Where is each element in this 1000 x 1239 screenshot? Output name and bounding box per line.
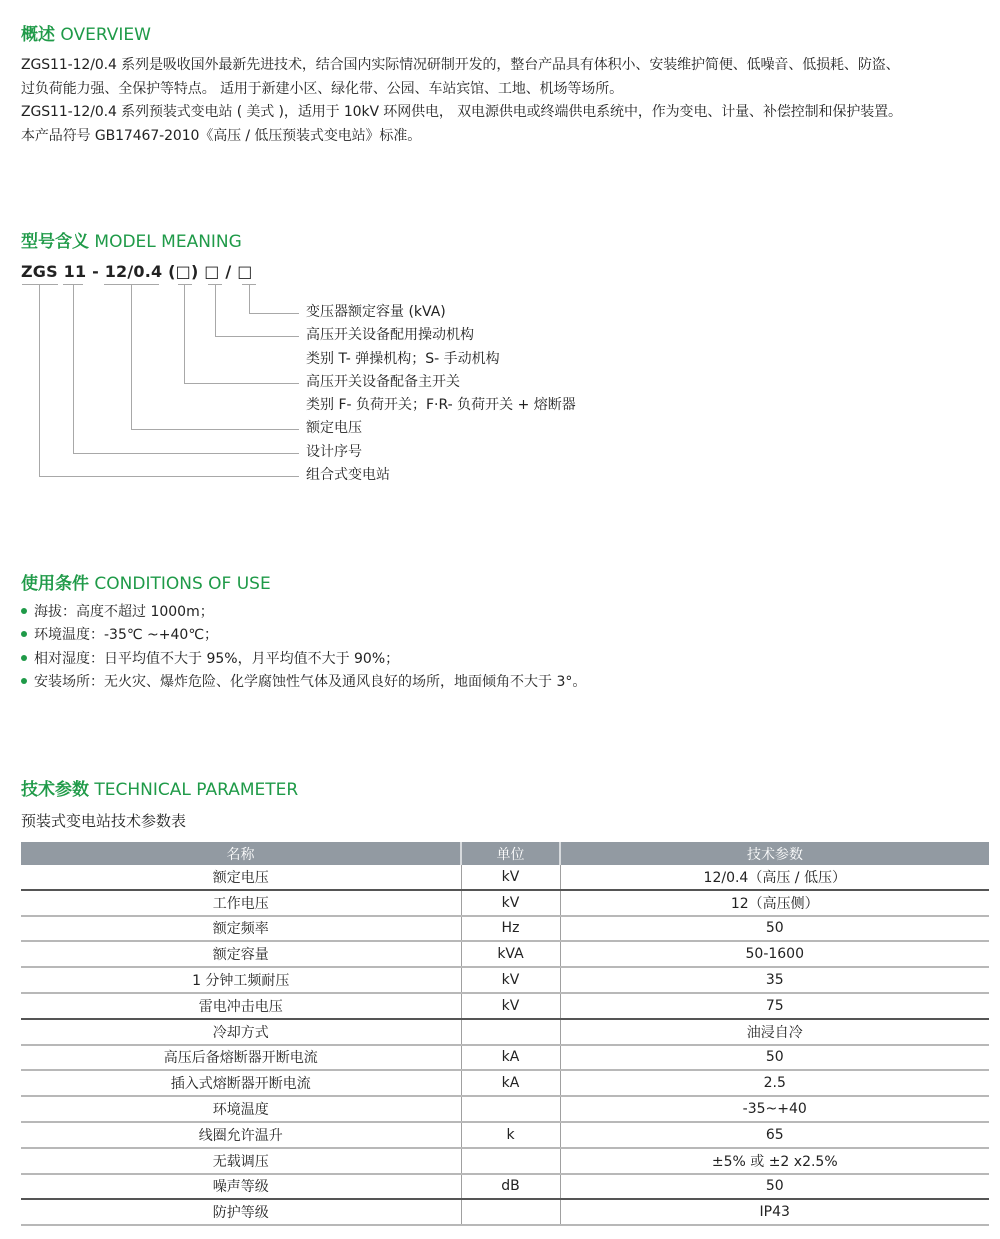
conditions-title-en: CONDITIONS OF USE <box>94 574 270 594</box>
conditions-title-zh: 使用条件 <box>21 574 89 594</box>
cell-unit: Hz <box>461 916 560 942</box>
legend-item: 高压开关设备配用操动机构 <box>306 324 576 347</box>
legend-item: 变压器额定容量 (kVA) <box>306 301 576 324</box>
table-row: 冷却方式油浸自冷 <box>21 1019 989 1045</box>
table-row: 插入式熔断器开断电流kA2.5 <box>21 1070 989 1096</box>
legend-item: 高压开关设备配备主开关 <box>306 371 576 394</box>
condition-item: 安装场所：无火灾、爆炸危险、化学腐蚀性气体及通风良好的场所，地面倾角不大于 3°… <box>21 671 586 694</box>
cell-value: 12/0.4（高压 / 低压） <box>560 865 989 890</box>
cell-unit: kV <box>461 865 560 890</box>
bullet-icon <box>21 678 27 684</box>
legend-item: 设计序号 <box>306 441 576 464</box>
cell-value: 50 <box>560 916 989 942</box>
cell-value: 50 <box>560 1174 989 1200</box>
cell-name: 插入式熔断器开断电流 <box>21 1070 461 1096</box>
connector-capacity-v <box>249 285 250 313</box>
table-row: 额定电压kV12/0.4（高压 / 低压） <box>21 865 989 890</box>
connector-type-v <box>39 285 40 476</box>
table-caption: 预装式变电站技术参数表 <box>21 810 186 831</box>
cell-name: 高压后备熔断器开断电流 <box>21 1045 461 1071</box>
header-name: 名称 <box>21 842 461 865</box>
model-legend: 变压器额定容量 (kVA) 高压开关设备配用操动机构 类别 T- 弹操机构；S-… <box>306 301 576 487</box>
connector-capacity-h <box>249 313 299 314</box>
cell-name: 雷电冲击电压 <box>21 993 461 1019</box>
connector-switch-v <box>184 285 185 383</box>
code-open-paren: ( <box>168 262 176 281</box>
underline-box-switch <box>178 284 192 285</box>
cell-name: 额定频率 <box>21 916 461 942</box>
connector-type-h <box>39 476 299 477</box>
technical-title-zh: 技术参数 <box>21 780 89 800</box>
cell-unit <box>461 1148 560 1174</box>
cell-value: 50-1600 <box>560 941 989 967</box>
bullet-icon <box>21 655 27 661</box>
overview-paragraph: ZGS11-12/0.4 系列是吸收国外最新先进技术，结合国内实际情况研制开发的… <box>21 54 996 78</box>
condition-text: 相对湿度：日平均值不大于 95%，月平均值不大于 90%； <box>34 651 399 667</box>
table-row: 额定容量kVA50-1600 <box>21 941 989 967</box>
overview-paragraph: ZGS11-12/0.4 系列预装式变电站 ( 美式 )，适用于 10kV 环网… <box>21 101 996 125</box>
cell-value: IP43 <box>560 1199 989 1225</box>
cell-unit <box>461 1019 560 1045</box>
underline-zgs <box>22 284 58 285</box>
cell-name: 无载调压 <box>21 1148 461 1174</box>
legend-item: 类别 F- 负荷开关；F·R- 负荷开关 + 熔断器 <box>306 394 576 417</box>
cell-unit: k <box>461 1122 560 1148</box>
cell-unit: kV <box>461 993 560 1019</box>
table-row: 额定频率Hz50 <box>21 916 989 942</box>
cell-name: 环境温度 <box>21 1096 461 1122</box>
legend-item: 组合式变电站 <box>306 464 576 487</box>
bullet-icon <box>21 631 27 637</box>
table-row: 环境温度-35~+40 <box>21 1096 989 1122</box>
overview-title: 概述 OVERVIEW <box>21 20 151 45</box>
cell-value: 油浸自冷 <box>560 1019 989 1045</box>
condition-text: 环境温度：-35℃ ~+40℃； <box>34 627 218 643</box>
cell-value: 50 <box>560 1045 989 1071</box>
cell-name: 噪声等级 <box>21 1174 461 1200</box>
cell-unit <box>461 1199 560 1225</box>
code-box-mechanism: □ <box>204 262 219 281</box>
connector-voltage-v <box>131 285 132 429</box>
model-meaning-title-en: MODEL MEANING <box>94 232 241 252</box>
connector-mechanism-h <box>215 336 299 337</box>
technical-title: 技术参数 TECHNICAL PARAMETER <box>21 775 298 800</box>
code-dash: - <box>92 262 99 281</box>
overview-paragraph: 本产品符号 GB17467-2010《高压 / 低压预装式变电站》标准。 <box>21 125 996 149</box>
cell-unit: kV <box>461 890 560 916</box>
model-code: ZGS 11 - 12/0.4 (□) □ / □ <box>21 262 253 281</box>
table-row: 噪声等级dB50 <box>21 1174 989 1200</box>
technical-title-en: TECHNICAL PARAMETER <box>94 780 298 800</box>
cell-value: ±5% 或 ±2 x2.5% <box>560 1148 989 1174</box>
cell-name: 冷却方式 <box>21 1019 461 1045</box>
table-row: 线圈允许温升k65 <box>21 1122 989 1148</box>
header-unit: 单位 <box>461 842 560 865</box>
cell-name: 防护等级 <box>21 1199 461 1225</box>
parameter-table: 名称 单位 技术参数 额定电压kV12/0.4（高压 / 低压）工作电压kV12… <box>21 842 989 1226</box>
cell-name: 线圈允许温升 <box>21 1122 461 1148</box>
overview-title-zh: 概述 <box>21 25 55 45</box>
table-row: 高压后备熔断器开断电流kA50 <box>21 1045 989 1071</box>
legend-item: 额定电压 <box>306 417 576 440</box>
cell-value: -35~+40 <box>560 1096 989 1122</box>
model-meaning-title-zh: 型号含义 <box>21 232 89 252</box>
table-row: 无载调压±5% 或 ±2 x2.5% <box>21 1148 989 1174</box>
conditions-title: 使用条件 CONDITIONS OF USE <box>21 569 271 594</box>
cell-value: 12（高压侧） <box>560 890 989 916</box>
model-meaning-title: 型号含义 MODEL MEANING <box>21 227 242 252</box>
bullet-icon <box>21 608 27 614</box>
cell-unit: kA <box>461 1045 560 1071</box>
code-box-capacity: □ <box>237 262 252 281</box>
cell-unit: kA <box>461 1070 560 1096</box>
overview-title-en: OVERVIEW <box>60 25 151 45</box>
connector-serial-h <box>73 453 299 454</box>
code-voltage: 12/0.4 <box>105 262 163 281</box>
overview-text: ZGS11-12/0.4 系列是吸收国外最新先进技术，结合国内实际情况研制开发的… <box>21 54 996 148</box>
condition-item: 相对湿度：日平均值不大于 95%，月平均值不大于 90%； <box>21 648 586 671</box>
header-value: 技术参数 <box>560 842 989 865</box>
connector-mechanism-v <box>215 285 216 336</box>
connector-voltage-h <box>131 429 299 430</box>
connector-switch-h <box>184 383 299 384</box>
cell-unit: kVA <box>461 941 560 967</box>
cell-unit: dB <box>461 1174 560 1200</box>
table-header-row: 名称 单位 技术参数 <box>21 842 989 865</box>
cell-value: 75 <box>560 993 989 1019</box>
cell-name: 1 分钟工频耐压 <box>21 967 461 993</box>
condition-item: 环境温度：-35℃ ~+40℃； <box>21 624 586 647</box>
condition-text: 海拔：高度不超过 1000m； <box>34 604 214 620</box>
table-row: 防护等级IP43 <box>21 1199 989 1225</box>
cell-unit: kV <box>461 967 560 993</box>
cell-name: 工作电压 <box>21 890 461 916</box>
table-row: 雷电冲击电压kV75 <box>21 993 989 1019</box>
condition-text: 安装场所：无火灾、爆炸危险、化学腐蚀性气体及通风良好的场所，地面倾角不大于 3°… <box>34 674 586 690</box>
overview-paragraph: 过负荷能力强、全保护等特点。 适用于新建小区、绿化带、公园、车站宾馆、工地、机场… <box>21 78 996 102</box>
cell-value: 65 <box>560 1122 989 1148</box>
cell-value: 2.5 <box>560 1070 989 1096</box>
table-row: 1 分钟工频耐压kV35 <box>21 967 989 993</box>
cell-name: 额定容量 <box>21 941 461 967</box>
cell-name: 额定电压 <box>21 865 461 890</box>
code-11: 11 <box>64 262 87 281</box>
cell-unit <box>461 1096 560 1122</box>
legend-item: 类别 T- 弹操机构；S- 手动机构 <box>306 348 576 371</box>
condition-item: 海拔：高度不超过 1000m； <box>21 601 586 624</box>
connector-serial-v <box>73 285 74 453</box>
code-slash: / <box>225 262 231 281</box>
code-box-switch: □ <box>176 262 191 281</box>
code-close-paren: ) <box>191 262 199 281</box>
table-row: 工作电压kV12（高压侧） <box>21 890 989 916</box>
conditions-list: 海拔：高度不超过 1000m； 环境温度：-35℃ ~+40℃； 相对湿度：日平… <box>21 601 586 694</box>
cell-value: 35 <box>560 967 989 993</box>
code-zgs: ZGS <box>21 262 58 281</box>
